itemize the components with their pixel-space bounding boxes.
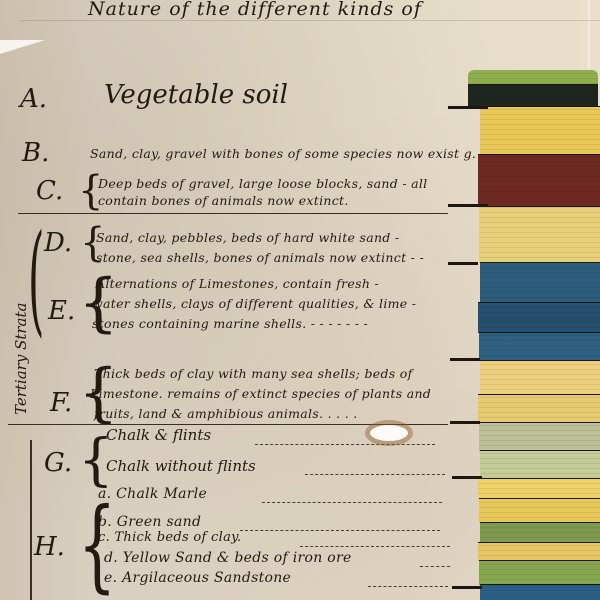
entry-letter-h: H. <box>34 532 65 562</box>
entry-f-line-1: Thick beds of clay with many sea shells;… <box>94 366 413 381</box>
dashed-leader <box>368 586 448 587</box>
sub-mark: c. <box>98 530 110 545</box>
entry-g-line-2: Chalk without flints <box>106 457 256 475</box>
dashed-leader <box>420 566 450 567</box>
sub-text: Argilaceous Sandstone <box>122 570 291 586</box>
entry-c-line-1: Deep beds of gravel, large loose blocks,… <box>98 176 427 191</box>
entry-e-line-2: water shells, clays of different qualiti… <box>92 296 416 311</box>
boundary-tick <box>450 421 480 424</box>
strata-layer-limestone-c <box>479 332 600 361</box>
entry-letter-a: A. <box>20 84 47 114</box>
strata-layer-argilaceous-sandstone <box>479 560 600 585</box>
entry-c-line-2: contain bones of animals now extinct. <box>98 193 349 208</box>
boundary-tick <box>448 204 488 207</box>
strata-layer-sand-pebbles <box>479 206 600 263</box>
dashed-leader <box>262 502 442 503</box>
strata-layer-chalk-marle <box>478 478 600 499</box>
strata-layer-green-sand-yellow <box>479 498 600 523</box>
dashed-leader <box>305 474 445 475</box>
sub-text: Yellow Sand & beds of iron ore <box>123 550 352 566</box>
entry-h-d: d. Yellow Sand & beds of iron ore <box>104 550 352 566</box>
strata-layer-vegetable-soil-turf <box>468 70 598 84</box>
strata-layer-sand-clay-gravel <box>480 106 600 155</box>
entry-h-b: b. Green sand <box>98 514 201 530</box>
paper-hole <box>370 425 408 441</box>
entry-b-line-1: Sand, clay, gravel with bones of some sp… <box>90 146 476 161</box>
strata-layer-thick-clay-green <box>480 522 600 543</box>
entry-letter-g: G. <box>44 448 72 478</box>
strata-layer-clay-shells <box>480 360 600 395</box>
strata-layer-limestone-b-dotted <box>478 302 600 333</box>
sub-mark: e. <box>104 570 117 586</box>
entry-d-line-2: stone, sea shells, bones of animals now … <box>96 250 424 265</box>
boundary-tick <box>448 106 488 109</box>
torn-corner <box>0 40 45 54</box>
strata-layer-gravel-blocks <box>478 154 600 207</box>
entry-letter-d: D. <box>44 228 72 258</box>
strata-layer-vegetable-soil-dark <box>468 84 598 107</box>
entry-e-line-3: stones containing marine shells. - - - -… <box>92 316 368 331</box>
strata-layer-limestone-remains <box>478 394 600 423</box>
fold-crease-horizontal <box>20 20 600 21</box>
sub-mark: b. <box>98 514 112 530</box>
sub-text: Green sand <box>117 514 201 530</box>
strata-column <box>470 70 600 600</box>
entry-g-line-1: Chalk & flints <box>106 426 211 444</box>
entry-a-text: Vegetable soil <box>104 80 288 110</box>
section-rule <box>18 213 448 214</box>
entry-f-line-2: Limestone. remains of extinct species of… <box>90 386 431 401</box>
entry-letter-c: C. <box>36 176 63 206</box>
entry-h-c: c. Thick beds of clay. <box>98 530 242 545</box>
sub-mark: a. <box>98 486 111 502</box>
boundary-tick <box>448 262 478 265</box>
entry-f-line-3: fruits, land & amphibious animals. . . .… <box>94 406 358 421</box>
dashed-leader <box>255 444 435 445</box>
entry-h-e: e. Argilaceous Sandstone <box>104 570 291 586</box>
boundary-tick <box>450 358 480 361</box>
entry-d-line-1: Sand, clay, pebbles, beds of hard white … <box>96 230 399 245</box>
strata-layer-bottom-blue <box>480 584 600 600</box>
chalk-group-bar <box>30 440 32 600</box>
strata-layer-yellow-sand-iron <box>478 542 600 561</box>
sub-text: Thick beds of clay. <box>114 530 241 545</box>
sub-mark: d. <box>104 550 118 566</box>
boundary-tick <box>452 586 482 589</box>
strata-layer-chalk-no-flints <box>480 450 600 479</box>
entry-e-line-1: Alternations of Limestones, contain fres… <box>96 276 379 291</box>
entry-h-a: a. Chalk Marle <box>98 486 207 502</box>
entry-letter-f: F. <box>50 388 72 418</box>
sub-text: Chalk Marle <box>116 486 207 502</box>
tertiary-brace: ( <box>28 210 44 349</box>
page-title: Nature of the different kinds of <box>88 0 422 20</box>
dashed-leader <box>300 546 450 547</box>
entry-letter-e: E. <box>48 296 75 326</box>
dashed-leader <box>240 530 440 531</box>
strata-layer-limestone-a <box>480 262 600 303</box>
boundary-tick <box>452 476 482 479</box>
strata-layer-chalk-flints <box>479 422 600 451</box>
entry-letter-b: B. <box>22 138 49 168</box>
